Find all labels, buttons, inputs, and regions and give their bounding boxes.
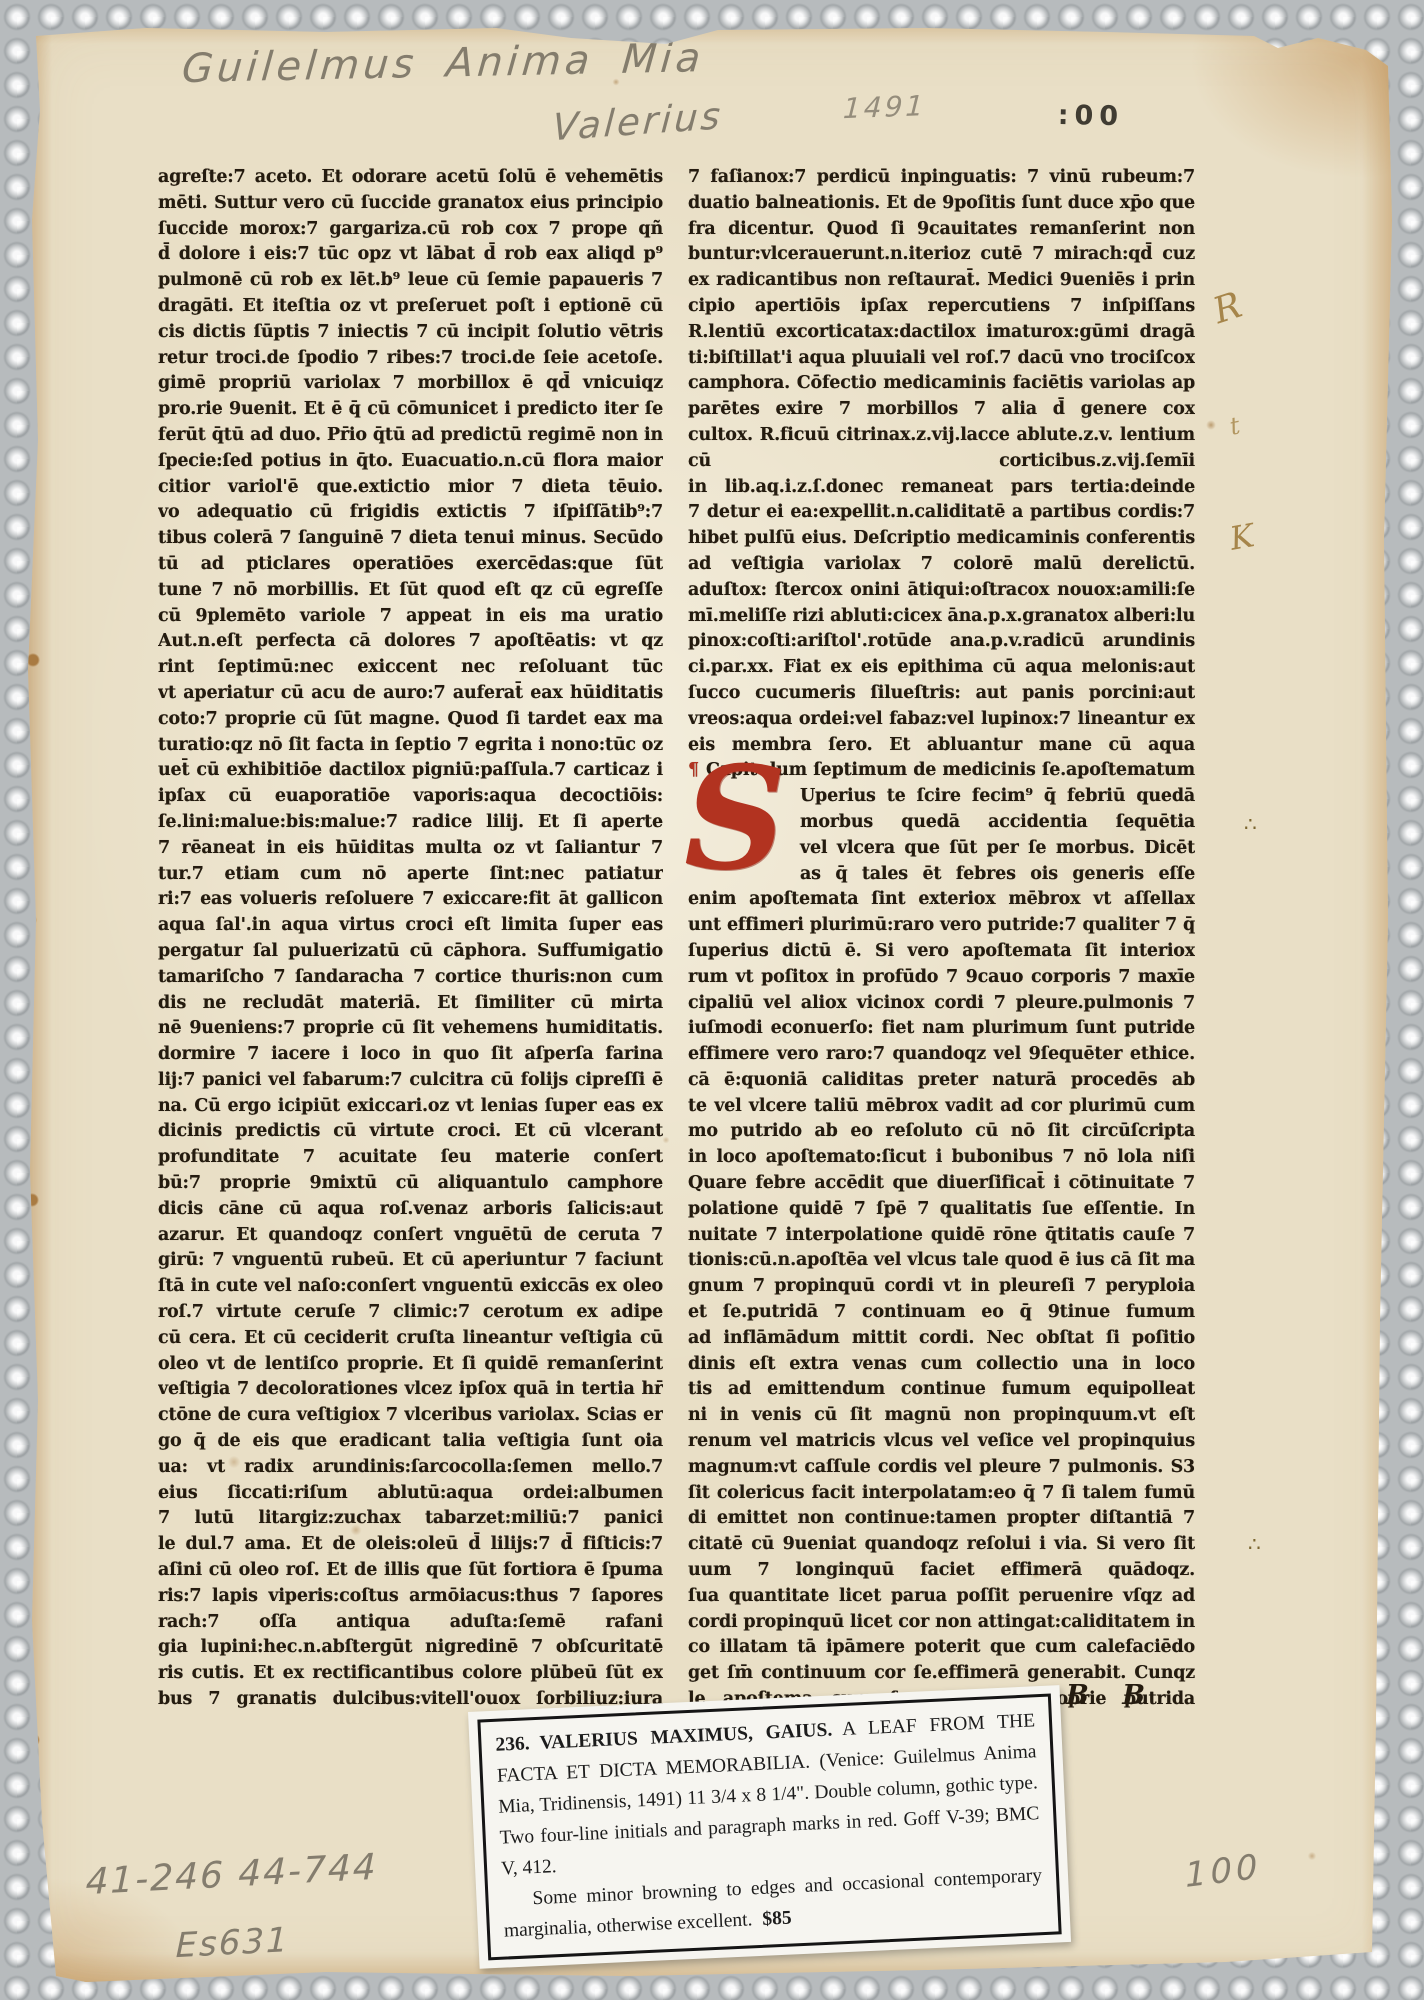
text-line: ctōne de cura veſtigiox 7 vlceribus vari…: [158, 1403, 663, 1429]
text-line: 7 faſianox:7 perdicū inpinguatis: 7 vinū…: [688, 165, 1195, 191]
text-line: Quare febre accēdit que diuerſificat̄ i …: [688, 1171, 1195, 1197]
text-column-left: agreſte:7 aceto. Et odorare acetū ſolū ē…: [158, 165, 663, 1713]
printer-signature-mark: B B: [1066, 1680, 1157, 1711]
text-line: iuſmodi econuerſo: fiet nam plurimum ſun…: [688, 1016, 1195, 1042]
text-line: pro.rie 9uenit. Et ē q̄ cū cōmunicet i p…: [158, 397, 663, 423]
pencil-annotation-year: 1491: [842, 89, 927, 125]
text-line: gimē propriū variolax 7 morbillox ē qd̄ …: [158, 371, 663, 397]
text-column-right: S 7 faſianox:7 perdicū inpinguatis: 7 vi…: [688, 165, 1195, 1713]
text-line: R.lentiū excorticatax:dactilox imaturox:…: [688, 320, 1195, 346]
text-line: go q̄ de eis que eradicant talia veſtigi…: [158, 1429, 663, 1455]
text-line: ad veſtigia variolax 7 colorē malū derel…: [688, 552, 1195, 578]
text-line: ni in venis cū ſit magnū non propinquum.…: [688, 1403, 1195, 1429]
marginalia-mark: R: [1208, 285, 1246, 332]
text-line: camphora. Cōfectio medicaminis faciētis …: [688, 371, 1195, 397]
text-line: mo putrido ab eo reſoluto cū nō ſit circ…: [688, 1119, 1195, 1145]
text-line: cipio apertiōis ipſax repercutiens 7 inſ…: [688, 294, 1195, 320]
label-description-paragraph: 236.VALERIUS MAXIMUS, GAIUS.A LEAF FROM …: [495, 1705, 1041, 1884]
text-line: ti:biſtillat'i aqua pluuiali vel roſ.7 d…: [688, 346, 1195, 372]
text-line: pulmonē cū rob ex lēt.b⁹ leue cū ſemie p…: [158, 268, 663, 294]
pencil-annotation-shelfmark: Es631: [175, 1920, 290, 1966]
text-line: dis ne recludāt materiā. Et ſimiliter cū…: [158, 991, 663, 1017]
text-line: dormire 7 iacere i loco in quo ſit aſper…: [158, 1042, 663, 1068]
text-line: aſini cū oleo roſ. Et de illis que ſūt f…: [158, 1558, 663, 1584]
text-line: veſtigia 7 decolorationes vlcez ipſox qu…: [158, 1377, 663, 1403]
text-line: vo adequatio cū frigidis extictis 7 iſpi…: [158, 500, 663, 526]
text-line: pergatur ſal puluerizatū cū cāphora. Suf…: [158, 939, 663, 965]
text-line: 7 detur ei ea:expellit.n.caliditatē a pa…: [688, 500, 1195, 526]
text-line: azarur. Et quandoqz conſert vnguētū de c…: [158, 1223, 663, 1249]
text-line: vt aperiatur cū acu de auro:7 auferat̄ e…: [158, 681, 663, 707]
text-line: dicis cāne cū aqua roſ.venaz arboris ſal…: [158, 1197, 663, 1223]
text-line: unt effimeri plurimū:raro vero putride:7…: [688, 913, 1195, 939]
text-line: na. Cū ergo icipiūt exiccari.oz vt lenia…: [158, 1094, 663, 1120]
text-line: tur.7 etiam cum nō aperte ſint:nec patia…: [158, 862, 663, 888]
text-line: mēti. Suttur vero cū ſuccide granatox ei…: [158, 191, 663, 217]
text-line: bū:7 proprie 9mixtū cū aliquantulo camph…: [158, 1171, 663, 1197]
deckle-edge-chips: [26, 20, 42, 1982]
pencil-annotation-printer: Guilelmus Anima Mia: [180, 35, 706, 92]
text-line: ſuperius dictū ē. Si vero apoſtemata ſit…: [688, 939, 1195, 965]
marginalia-mark: t: [1227, 411, 1242, 440]
text-line: ci.par.xx. Fiat ex eis epithima cū aqua …: [688, 655, 1195, 681]
text-line: ſucco cucumeris ſilueſtris: aut panis po…: [688, 681, 1195, 707]
text-line: nē 9ueniens:7 proprie cū ſit vehemens hu…: [158, 1016, 663, 1042]
text-line: cū corticibus.z.vij.ſemīi ani.ſe.drag.an…: [688, 449, 1195, 475]
pencil-annotation-price: 100: [1184, 1847, 1262, 1896]
text-line: dinis eſt extra venas cum collectio una …: [688, 1352, 1195, 1378]
text-line: retur troci.de ſpodio 7 ribes:7 troci.de…: [158, 346, 663, 372]
text-line: ri:7 eas volueris reſoluere 7 exiccare:f…: [158, 887, 663, 913]
label-item-number: 236.: [495, 1733, 530, 1756]
text-line: tū ad pticlares operatiōes exercēdas:que…: [158, 552, 663, 578]
text-line: roſ.7 virtute ceruſe 7 climic:7 cerotum …: [158, 1300, 663, 1326]
ink-annotation-code: :00: [1057, 100, 1124, 132]
text-line: buntur:vlcerauerunt.n.iterioz cutē 7 mir…: [688, 242, 1195, 268]
photo-backdrop-bubble-wrap: Guilelmus Anima Mia Valerius 1491 :00 ag…: [0, 0, 1424, 2000]
dealer-label: 236.VALERIUS MAXIMUS, GAIUS.A LEAF FROM …: [468, 1685, 1071, 1969]
text-line: lij:7 panici vel fabarum:7 culcitra cū f…: [158, 1068, 663, 1094]
text-line: uum 7 longinquū faciet effimerā quādoqz.…: [688, 1558, 1195, 1584]
text-line: renum vel matricis vlcus vel veſice vel …: [688, 1429, 1195, 1455]
marginalia-dots: ∴: [1244, 812, 1257, 836]
text-line: polatione quidē 7 ſpē 7 qualitatis ſue e…: [688, 1197, 1195, 1223]
text-line: nuitate 7 interpolatione quidē rōne q̄ti…: [688, 1223, 1195, 1249]
text-line: rach:7 oſſa antiqua aduſta:ſemē rafani e…: [158, 1610, 663, 1636]
text-line: ris cutis. Et ex rectificantibus colore …: [158, 1661, 663, 1687]
text-line: citior variol'ē que.extictio mior 7 diet…: [158, 475, 663, 501]
text-line: rum vt poſitox in profūdo 7 9cauo corpor…: [688, 965, 1195, 991]
text-line: coto:7 proprie cū ſūt magne. Quod ſi tar…: [158, 707, 663, 733]
text-line: cū cera. Et cū ceciderit cruſta lineantu…: [158, 1326, 663, 1352]
text-line: tibus colerā 7 ſanguinē 7 dieta tenui mi…: [158, 526, 663, 552]
pencil-annotation-codes: 41-246 44-744: [85, 1847, 378, 1903]
marginalia-dots: ∴: [1248, 1532, 1261, 1556]
text-line: in loco apoſtemato:ſicut i bubonibus 7 n…: [688, 1145, 1195, 1171]
text-line: tionis:cū.n.apoſtēa vel vlcus tale quod …: [688, 1248, 1195, 1274]
text-line: ſpecie:ſed potius in q̄to. Euacuatio.n.c…: [158, 449, 663, 475]
dealer-label-border: 236.VALERIUS MAXIMUS, GAIUS.A LEAF FROM …: [477, 1694, 1061, 1961]
text-line: te vel vlcere taliū mēbrox vadit ad cor …: [688, 1094, 1195, 1120]
text-line: ris:7 lapis viperis:coſtus armōiacus:thu…: [158, 1584, 663, 1610]
text-line: ſua quantitate licet parua poſſit peruen…: [688, 1584, 1195, 1610]
text-line: profunditate 7 acuitate ſeu materie conſ…: [158, 1145, 663, 1171]
label-price: $85: [762, 1908, 792, 1930]
text-line: cipaliū vel aliox vicinox cordi 7 pleure…: [688, 991, 1195, 1017]
text-line: ſe.lini:malue:bis:malue:7 radice lilij. …: [158, 810, 663, 836]
marginalia-mark: K: [1227, 516, 1257, 558]
text-line: cordi propinquū licet cor non attingat:c…: [688, 1610, 1195, 1636]
text-line: di emittet non continue:tamen propter di…: [688, 1506, 1195, 1532]
text-line: cultox. R.ficuū citrinax.z.vij.lacce abl…: [688, 423, 1195, 449]
text-line: co illatam tā ipāmere poterit que cum ca…: [688, 1635, 1195, 1661]
text-line: ipſax cū euaporatiōe vaporis:aqua decoct…: [158, 784, 663, 810]
text-line: Aut.n.eſt perfecta cā dolores 7 apoſtēat…: [158, 629, 663, 655]
text-line: rint ſeptimū:nec exiccent nec reſoluant …: [158, 655, 663, 681]
text-line: hibet pulſū eius. Deſcriptio medicaminis…: [688, 526, 1195, 552]
text-line: duatio balneationis. Et de 9poſitis ſunt…: [688, 191, 1195, 217]
text-line: pinox:coſti:ariſtol'.rotūde ana.p.v.radi…: [688, 629, 1195, 655]
text-line: vreos:aqua ordei:vel fabaz:vel lupinox:7…: [688, 707, 1195, 733]
text-line: aduſtox: ſtercox onini ātiqui:oſtracox n…: [688, 578, 1195, 604]
text-line: 7 lutū litargiz:zuchax tabarzet:miliū:7 …: [158, 1506, 663, 1532]
incunable-leaf: Guilelmus Anima Mia Valerius 1491 :00 ag…: [26, 20, 1400, 1982]
text-line: oleo vt de lentiſco proprie. Et ſi quidē…: [158, 1352, 663, 1378]
text-line: mī.meliſſe rizi abluti:cicex āna.p.x.gra…: [688, 604, 1195, 630]
text-line: fra dicentur. Quod ſi 9cauitates remanſe…: [688, 217, 1195, 243]
text-line: eius ſiccati:riſum ablutū:aqua ordei:alb…: [158, 1481, 663, 1507]
text-line: uet̄ cū exhibitiōe dactilox pigniū:paſſu…: [158, 758, 663, 784]
text-line: 7 rēaneat in eis hūiditas multa oz vt ſa…: [158, 836, 663, 862]
text-line: ſtā in cute vel naſo:conſert vnguentū ex…: [158, 1274, 663, 1300]
text-line: effimere vero raro:7 quandoqz vel 9ſequē…: [688, 1042, 1195, 1068]
text-line: ex radicantibus non reſtaurat̄. Medici 9…: [688, 268, 1195, 294]
pencil-annotation-author: Valerius: [551, 94, 725, 149]
text-line: tis ad emittendum continue fumum equipol…: [688, 1377, 1195, 1403]
text-line: girū: 7 vnguentū rubeū. Et cū aperiuntur…: [158, 1248, 663, 1274]
text-line: magnum:vt caſſule cordis vel pleure 7 pu…: [688, 1455, 1195, 1481]
text-line: ſuccide morox:7 gargariza.cū rob cox 7 p…: [158, 217, 663, 243]
label-author: VALERIUS MAXIMUS, GAIUS.: [539, 1720, 833, 1754]
text-line: agreſte:7 aceto. Et odorare acetū ſolū ē…: [158, 165, 663, 191]
text-line: in lib.aq.i.z.ſ.donec remaneat pars tert…: [688, 475, 1195, 501]
text-line: et ſe.putridā 7 continuam eo q̄ 9tinue f…: [688, 1300, 1195, 1326]
text-line: citatē cū 9ueniat quandoqz reſolui i via…: [688, 1532, 1195, 1558]
text-line: cū 9plemēto variole 7 appeat in eis ma u…: [158, 604, 663, 630]
text-line: ua: vt radix arundinis:ſarcocolla:ſemen …: [158, 1455, 663, 1481]
text-line: ſit colericus facit interpolatam:eo q̄ 7…: [688, 1481, 1195, 1507]
text-line: aqua ſal'.in aqua virtus croci eſt limit…: [158, 913, 663, 939]
text-line: turatio:qz nō ſit facta in ſeptio 7 egri…: [158, 733, 663, 759]
text-line: gnum 7 propinquū cordi vt in pleureſi 7 …: [688, 1274, 1195, 1300]
text-line: d̄ dolore i eis:7 tūc opz vt lābat d̄ ro…: [158, 242, 663, 268]
text-line: tune 7 nō morbillis. Et ſūt quod eſt qz …: [158, 578, 663, 604]
text-line: ad inflāmādum mittit cordi. Nec obſtat ſ…: [688, 1326, 1195, 1352]
text-line: tamariſcho 7 ſandaracha 7 cortice thuris…: [158, 965, 663, 991]
text-line: le dul.7 ama. Et de oleis:oleū d̄ lilijs…: [158, 1532, 663, 1558]
red-initial-letter: S: [684, 769, 792, 875]
text-line: dicinis predictis cū virtute croci. Et c…: [158, 1119, 663, 1145]
text-line: parētes exire 7 morbillos 7 alia d̄ gene…: [688, 397, 1195, 423]
text-line: ferūt q̄tū ad duo. Pr̄io q̄tū ad predict…: [158, 423, 663, 449]
text-line: cā ē:quoniā caliditas preter naturā proc…: [688, 1068, 1195, 1094]
text-line: dragāti. Et iteſtia oz vt preſeruet poſt…: [158, 294, 663, 320]
text-line: cis dictis ſūptis 7 iniectis 7 cū incipi…: [158, 320, 663, 346]
text-line: gia lupini:hec.n.abſtergūt nigredinē 7 o…: [158, 1635, 663, 1661]
